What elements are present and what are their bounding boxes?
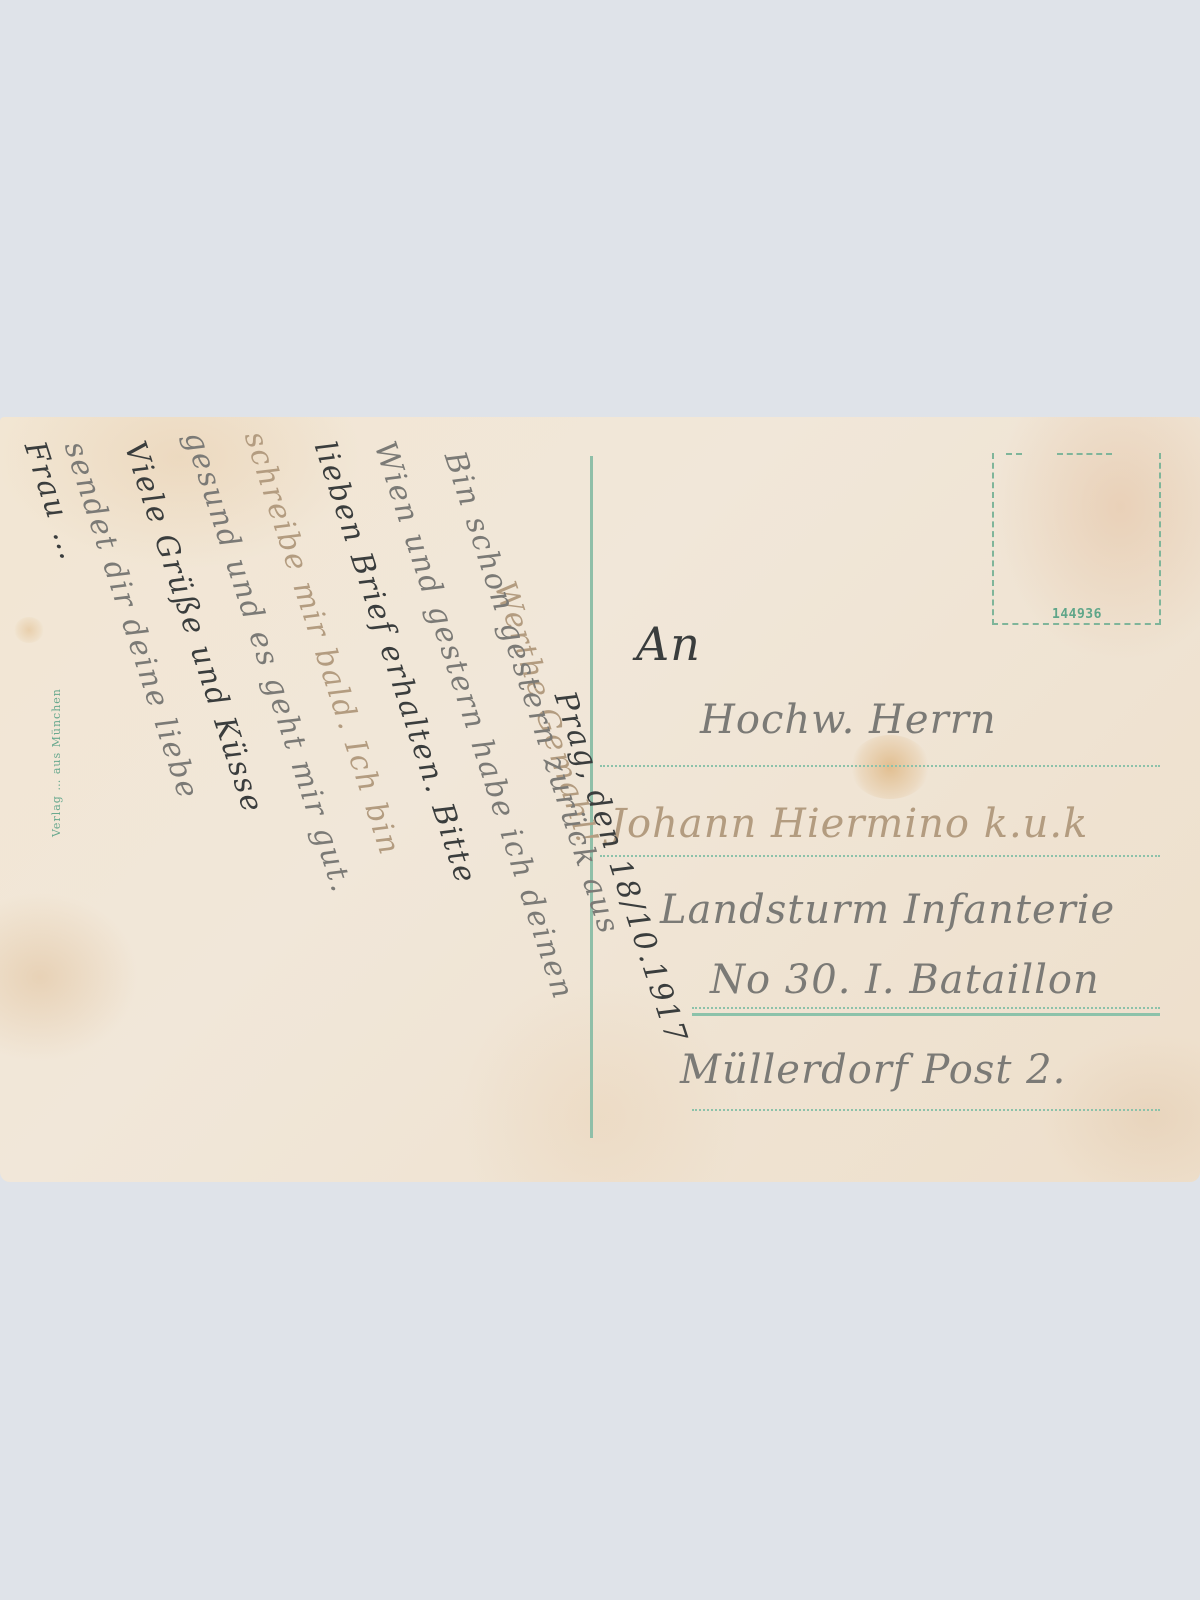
address-line-town: Müllerdorf Post 2. (680, 1047, 1066, 1093)
stain-left (14, 617, 44, 643)
address-line-battalion: No 30. I. Bataillon (710, 957, 1100, 1003)
address-line-recipient-name: Johann Hiermino k.u.k (610, 801, 1088, 847)
address-line-3-dotted (692, 1007, 1160, 1009)
publisher-imprint: Verlag … aus München (50, 688, 63, 837)
stamp-serial-number: 144936 (1052, 607, 1102, 622)
postcard: 144936 Verlag … aus München An Hochw. He… (0, 417, 1200, 1182)
address-line-4 (692, 1109, 1160, 1111)
stain-address (850, 735, 930, 799)
address-line-3 (692, 1013, 1160, 1016)
address-salutation: An (636, 617, 701, 671)
address-line-recipient-title: Hochw. Herrn (700, 697, 997, 743)
address-line-2 (600, 855, 1160, 857)
address-line-1 (600, 765, 1160, 767)
stamp-box (992, 453, 1161, 625)
address-line-unit: Landsturm Infanterie (660, 887, 1115, 933)
